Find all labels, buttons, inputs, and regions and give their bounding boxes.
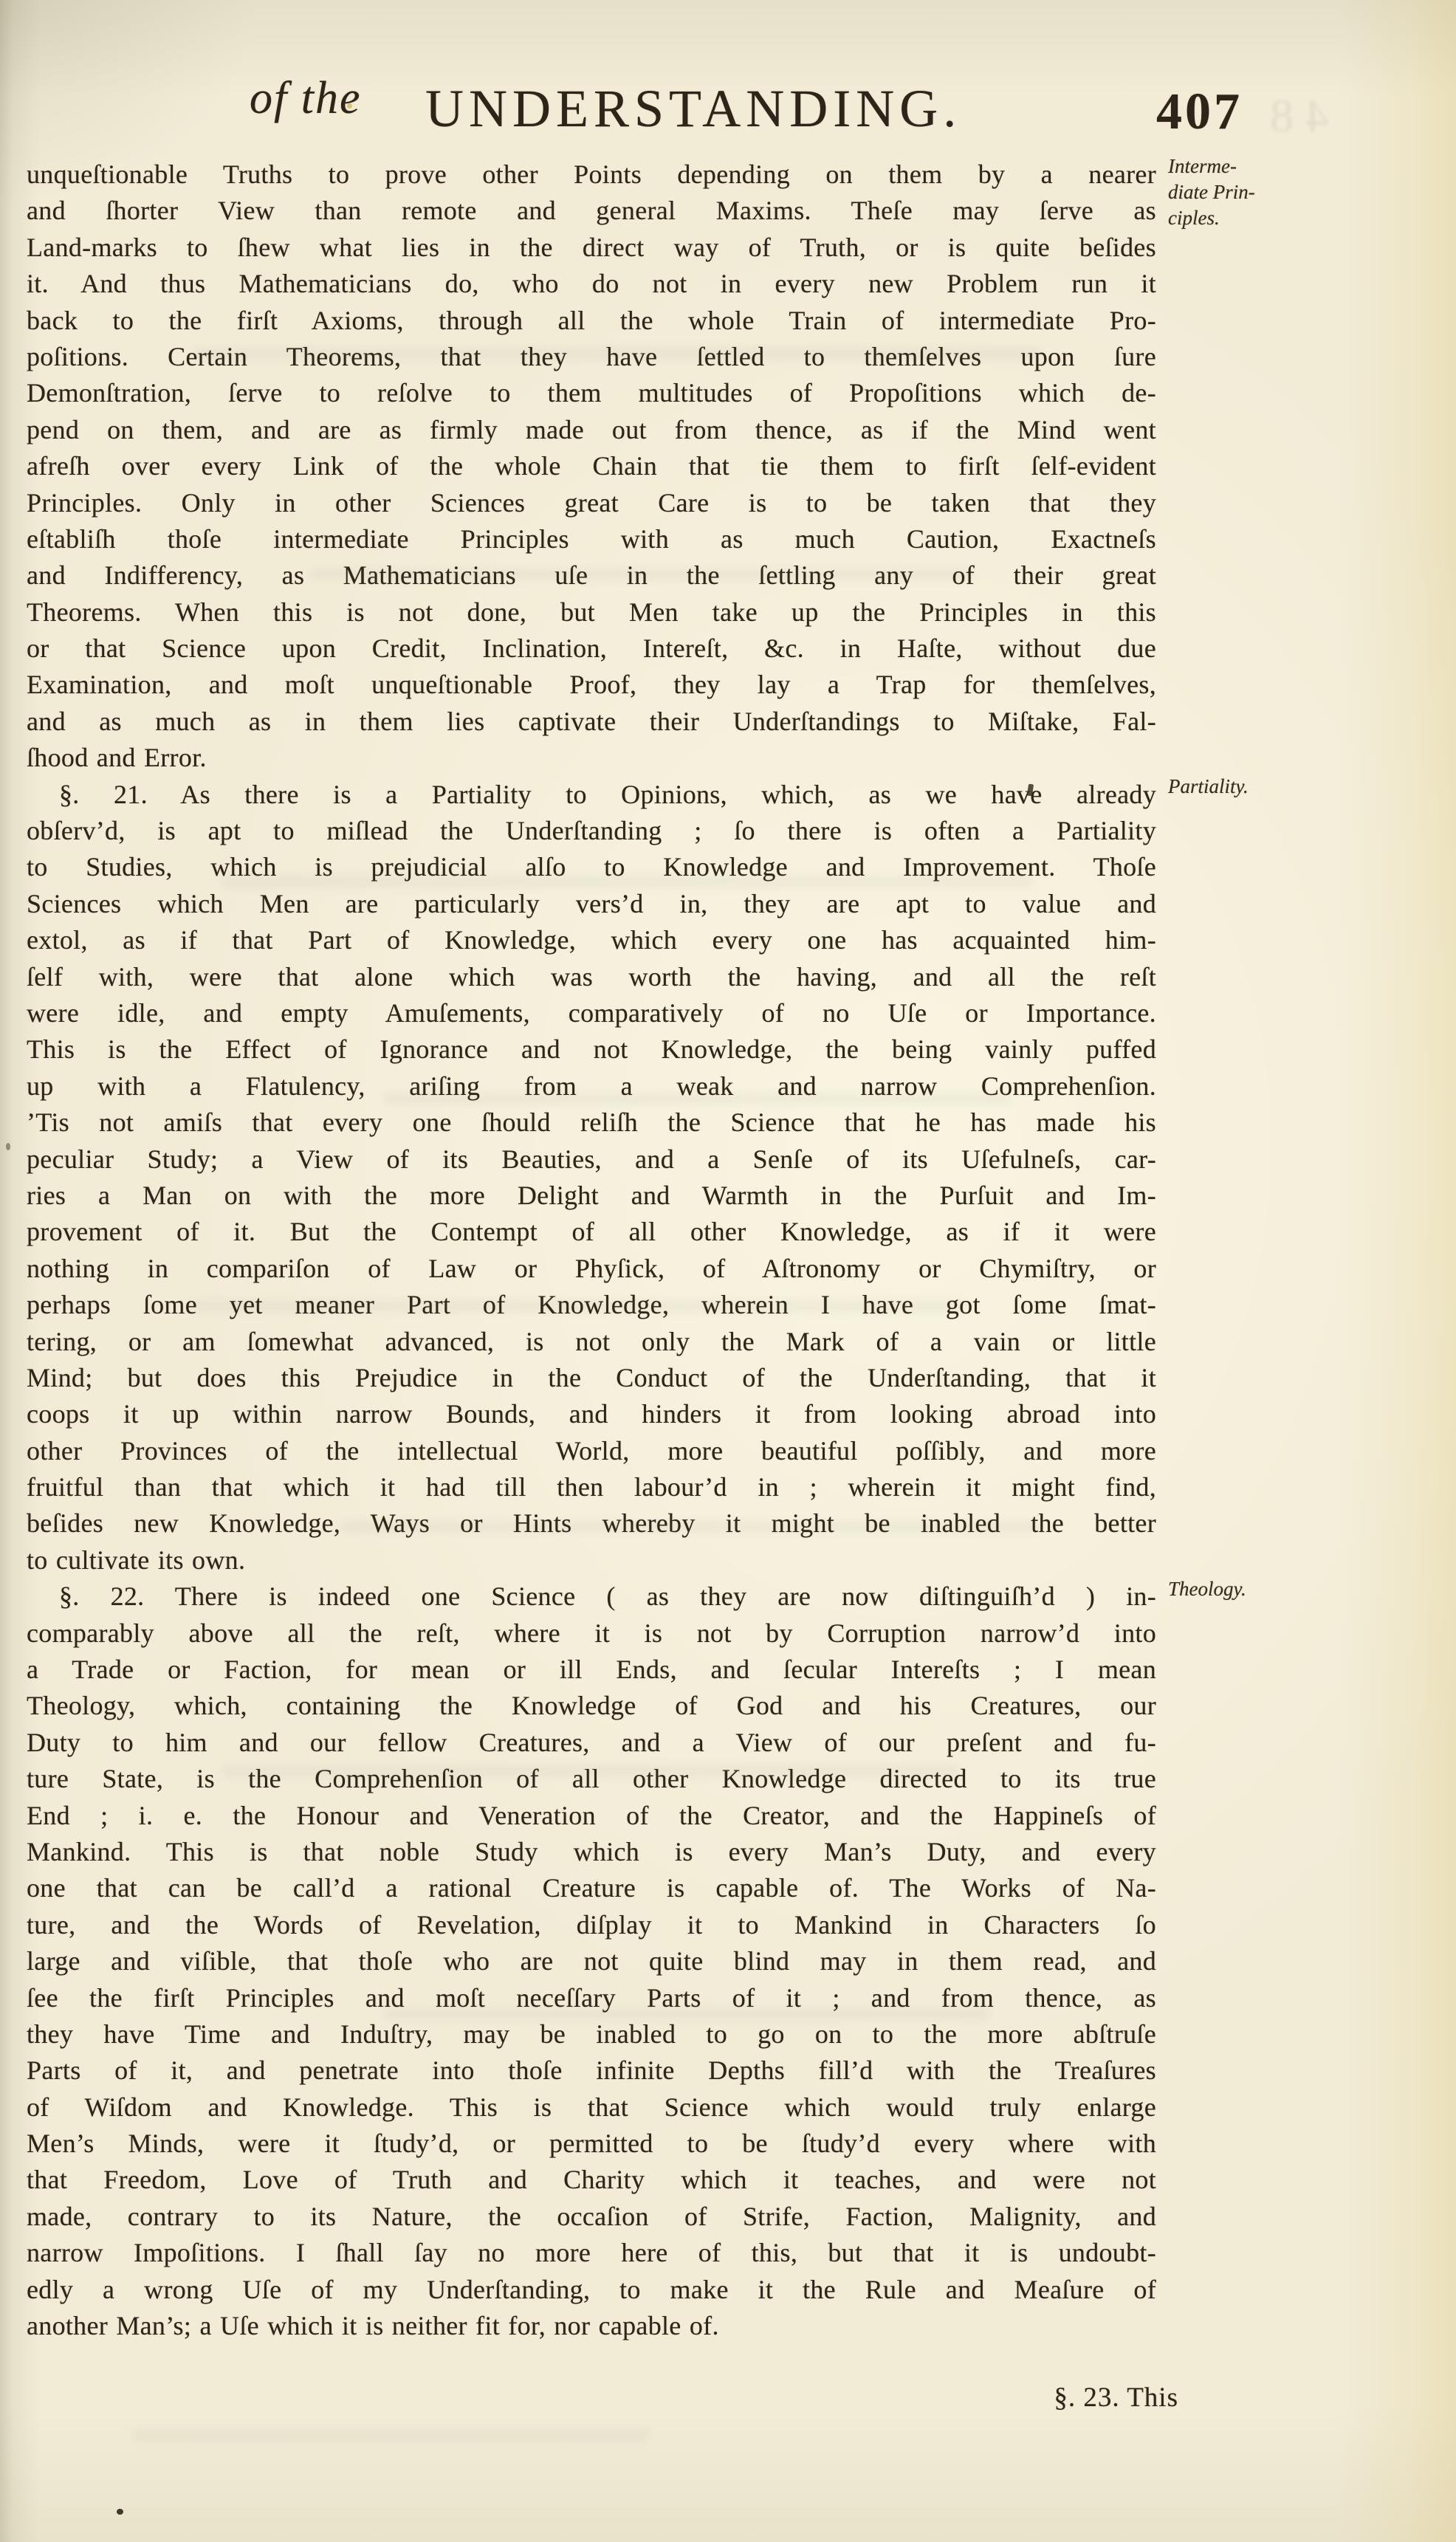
text-line: Land-marks to ſhew what lies in the dire… [27, 230, 1156, 266]
text-line: unqueſtionable Truths to prove other Poi… [27, 157, 1156, 193]
text-line: narrow Impoſitions. I ſhall ſay no more … [27, 2235, 1156, 2271]
text-line: tering, or am ſomewhat advanced, is not … [27, 1324, 1156, 1360]
text-line: ſee the firſt Principles and moſt neceſſ… [27, 1980, 1156, 2016]
ink-speck [6, 1143, 10, 1150]
text-line: other Provinces of the intellectual Worl… [27, 1433, 1156, 1469]
margin-note: Partiality. [1168, 774, 1338, 800]
text-line: Theorems. When this is not done, but Men… [27, 594, 1156, 631]
text-line: Demonſtration, ſerve to reſolve to them … [27, 375, 1156, 411]
text-line: §. 22. There is indeed one Science ( as … [27, 1579, 1156, 1615]
text-line: peculiar Study; a View of its Beauties, … [27, 1141, 1156, 1178]
body-text: unqueſtionable Truths to prove other Poi… [27, 157, 1156, 2344]
text-line: to Studies, which is prejudicial alſo to… [27, 849, 1156, 885]
book-page: of the UNDERSTANDING. 407 4 8 unqueſtion… [0, 0, 1456, 2542]
text-line: Sciences which Men are particularly vers… [27, 886, 1156, 922]
text-line: to cultivate its own. [27, 1542, 1156, 1579]
text-line: ſelf with, were that alone which was wor… [27, 959, 1156, 995]
text-line: ſhood and Error. [27, 740, 1156, 776]
catchword: §. 23. This [27, 2382, 1178, 2414]
text-line: Principles. Only in other Sciences great… [27, 485, 1156, 521]
text-line: pend on them, and are as firmly made out… [27, 412, 1156, 448]
text-line: perhaps ſome yet meaner Part of Knowledg… [27, 1287, 1156, 1323]
text-line: it. And thus Mathematicians do, who do n… [27, 266, 1156, 302]
text-line: Mankind. This is that noble Study which … [27, 1834, 1156, 1870]
text-line: or that Science upon Credit, Inclination… [27, 631, 1156, 667]
text-line: were idle, and empty Amuſements, compara… [27, 995, 1156, 1031]
text-line: they have Time and Induſtry, may be inab… [27, 2016, 1156, 2053]
ink-speck [117, 2509, 123, 2515]
bleedthrough-page-number: 4 8 [1270, 89, 1329, 143]
text-line: and Indifferency, as Mathematicians uſe … [27, 557, 1156, 594]
text-line: of Wiſdom and Knowledge. This is that Sc… [27, 2089, 1156, 2126]
running-title-italic: of the [250, 72, 361, 125]
margin-note-line: Theology. [1168, 1576, 1338, 1602]
text-line: made, contrary to its Nature, the occaſi… [27, 2199, 1156, 2235]
text-line: large and viſible, that thoſe who are no… [27, 1943, 1156, 1979]
text-line: Examination, and moſt unqueſtionable Pro… [27, 667, 1156, 703]
text-line: ’Tis not amiſs that every one ſhould rel… [27, 1105, 1156, 1141]
text-line: beſides new Knowledge, Ways or Hints whe… [27, 1505, 1156, 1542]
text-line: afreſh over every Link of the whole Chai… [27, 448, 1156, 484]
page-number: 407 [1156, 83, 1243, 142]
text-line: and as much as in them lies captivate th… [27, 704, 1156, 740]
text-line: ries a Man on with the more Delight and … [27, 1178, 1156, 1214]
text-line: poſitions. Certain Theorems, that they h… [27, 339, 1156, 375]
text-line: End ; i. e. the Honour and Veneration of… [27, 1798, 1156, 1834]
text-line: Duty to him and our fellow Creatures, an… [27, 1725, 1156, 1761]
margin-note-line: Partiality. [1168, 774, 1338, 800]
text-line: nothing in compariſon of Law or Phyſick,… [27, 1251, 1156, 1287]
text-line: ture, and the Words of Revelation, diſpl… [27, 1907, 1156, 1943]
text-line: back to the firſt Axioms, through all th… [27, 303, 1156, 339]
text-line: ture State, is the Comprehenſion of all … [27, 1761, 1156, 1797]
text-line: another Man’s; a Uſe which it is neither… [27, 2308, 1156, 2344]
margin-note: Theology. [1168, 1576, 1338, 1602]
text-line: Men’s Minds, were it ſtudy’d, or permitt… [27, 2126, 1156, 2162]
bleedthrough-smudge [133, 2429, 650, 2441]
running-title-caps: UNDERSTANDING. [425, 78, 961, 140]
text-line: provement of it. But the Contempt of all… [27, 1214, 1156, 1250]
text-line: This is the Effect of Ignorance and not … [27, 1031, 1156, 1068]
text-line: up with a Flatulency, ariſing from a wea… [27, 1068, 1156, 1105]
text-line: fruitful than that which it had till the… [27, 1469, 1156, 1505]
text-line: coops it up within narrow Bounds, and hi… [27, 1396, 1156, 1432]
text-line: edly a wrong Uſe of my Underſtanding, to… [27, 2272, 1156, 2308]
text-line: a Trade or Faction, for mean or ill Ends… [27, 1652, 1156, 1688]
text-line: Mind; but does this Prejudice in the Con… [27, 1360, 1156, 1396]
text-line: Parts of it, and penetrate into thoſe in… [27, 2053, 1156, 2089]
text-line: obſerv’d, is apt to miſlead the Underſta… [27, 813, 1156, 849]
text-line: and ſhorter View than remote and general… [27, 193, 1156, 229]
text-line: comparably above all the reſt, where it … [27, 1615, 1156, 1652]
text-line: one that can be call’d a rational Creatu… [27, 1870, 1156, 1906]
text-line: extol, as if that Part of Knowledge, whi… [27, 922, 1156, 958]
text-line: §. 21. As there is a Partiality to Opini… [27, 777, 1156, 813]
text-line: that Freedom, Love of Truth and Charity … [27, 2162, 1156, 2198]
text-line: Theology, which, containing the Knowledg… [27, 1688, 1156, 1724]
text-line: eſtabliſh thoſe intermediate Principles … [27, 521, 1156, 557]
